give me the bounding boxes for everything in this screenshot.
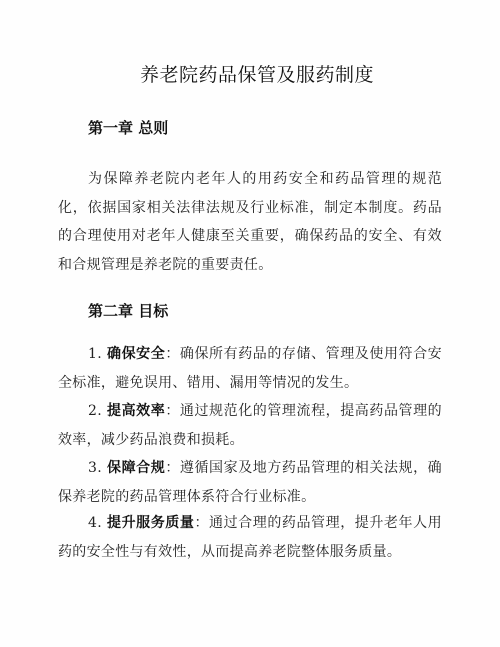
chapter-2-heading: 第二章 目标 (88, 300, 168, 321)
document-page: 养老院药品保管及服药制度 第一章 总则 为保障养老院内老年人的用药安全和药品管理… (0, 0, 500, 647)
goal-item-1: 1. 确保安全：确保所有药品的存储、管理及使用符合安全标准，避免误用、错用、漏用… (58, 340, 442, 397)
item-number: 1. (88, 346, 102, 362)
goal-item-4: 4. 提升服务质量：通过合理的药品管理，提升老年人用药的安全性与有效性，从而提高… (58, 509, 442, 566)
item-label: 确保安全 (107, 346, 165, 362)
item-label: 提升服务质量 (107, 515, 194, 531)
chapter-1-heading: 第一章 总则 (88, 117, 168, 138)
chapter-1-paragraph: 为保障养老院内老年人的用药安全和药品管理的规范化，依据国家相关法律法规及行业标准… (58, 165, 442, 279)
goal-item-2: 2. 提高效率：通过规范化的管理流程，提高药品管理的效率，减少药品浪费和损耗。 (58, 397, 442, 454)
goal-item-3: 3. 保障合规：遵循国家及地方药品管理的相关法规，确保养老院的药品管理体系符合行… (58, 454, 442, 511)
item-number: 2. (88, 403, 102, 419)
document-title: 养老院药品保管及服药制度 (0, 60, 500, 87)
item-separator: ： (165, 403, 180, 419)
item-label: 提高效率 (107, 403, 165, 419)
item-separator: ： (194, 515, 209, 531)
item-separator: ： (165, 460, 180, 476)
item-number: 4. (88, 515, 102, 531)
item-label: 保障合规 (107, 460, 165, 476)
item-separator: ： (165, 346, 180, 362)
item-number: 3. (88, 460, 102, 476)
